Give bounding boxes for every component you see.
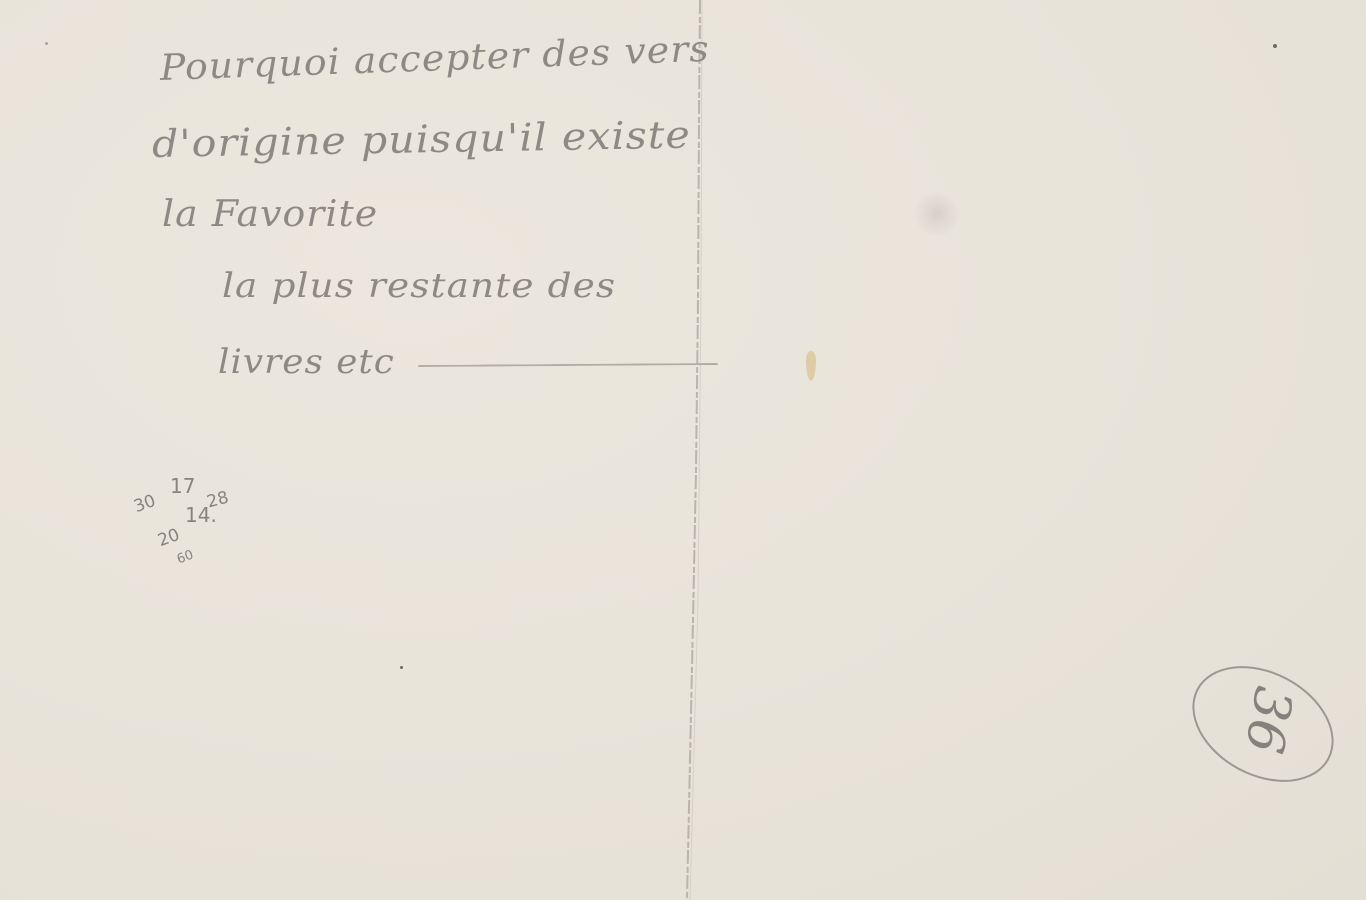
handwritten-line-4: la plus restante des [222,266,616,306]
margin-note-28: 28 [205,488,231,513]
smudge-mark [912,192,962,236]
handwritten-line-2: d'origine puisqu'il existe [152,113,692,166]
margin-note-20: 20 [155,525,182,551]
handwritten-line-5: livres etc [218,342,395,382]
margin-note-30: 30 [131,491,158,517]
speck [400,666,403,669]
foxing-stain [806,351,816,381]
speck [1273,44,1277,48]
margin-note-17: 17 [170,474,195,498]
margin-note-60: 60 [175,548,196,568]
speck [45,42,48,45]
handwritten-line-3: la Favorite [162,194,378,235]
handwritten-line-1: Pourquoi accepter des vers [159,29,710,89]
trailing-dash-line [418,363,718,370]
manuscript-page: Pourquoi accepter des vers d'origine pui… [0,0,1366,900]
